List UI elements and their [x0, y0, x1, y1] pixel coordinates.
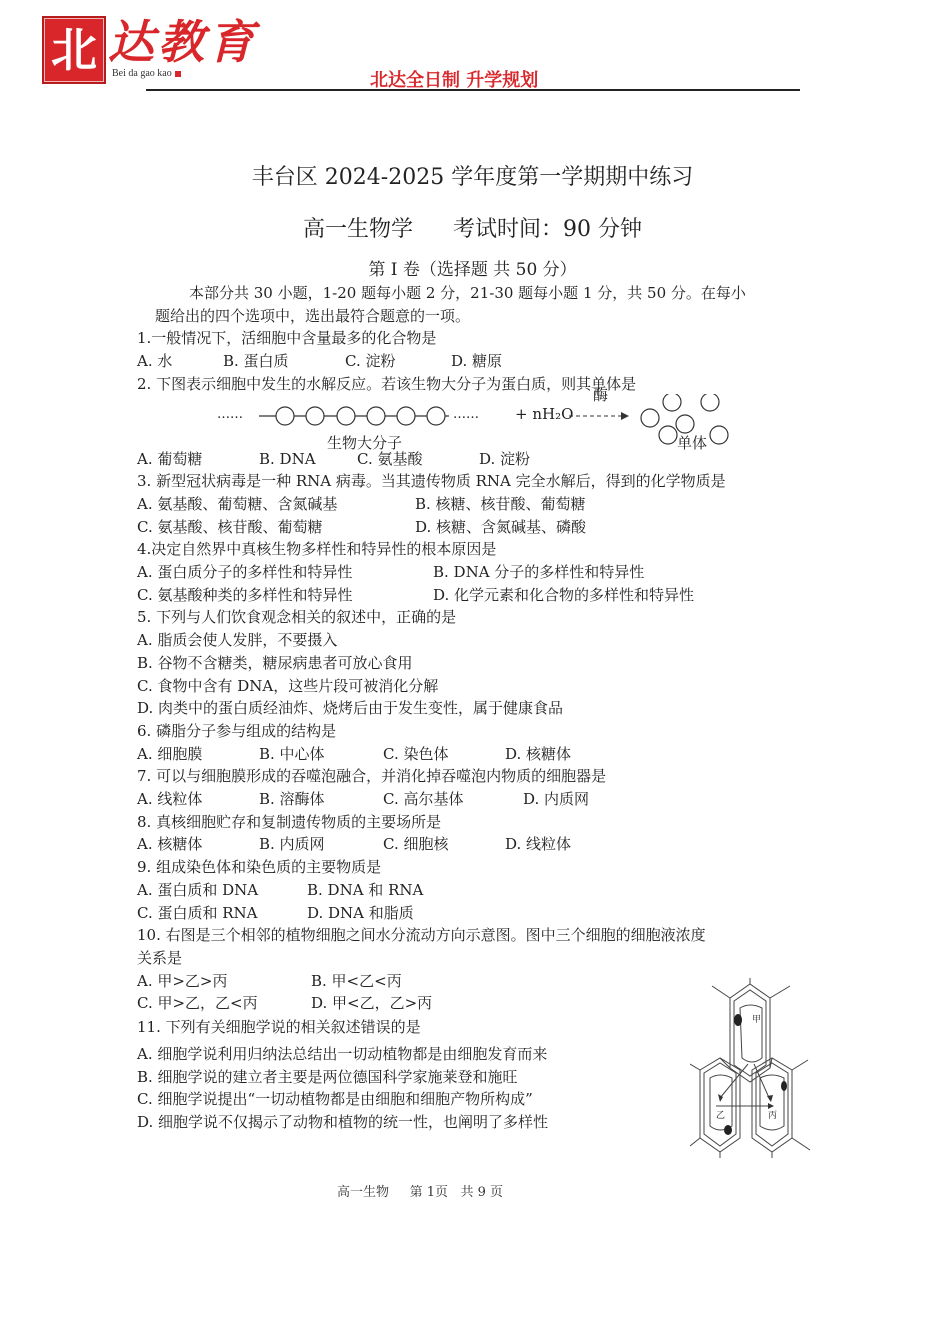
question-stem: 1.一般情况下，活细胞中含量最多的化合物是: [137, 327, 817, 350]
option: A. 核糖体: [137, 833, 259, 856]
water-label: + nH₂O: [515, 403, 573, 426]
logo-mark: 北: [42, 16, 106, 84]
arrow-right-icon: [768, 1103, 774, 1109]
question-stem: 7. 可以与细胞膜形成的吞噬泡融合，并消化掉吞噬泡内物质的细胞器是: [137, 765, 817, 788]
question-stem: 2. 下图表示细胞中发生的水解反应。若该生物大分子为蛋白质，则其单体是: [137, 373, 817, 396]
macromolecule-label: 生物大分子: [327, 432, 402, 455]
option: B. 溶酶体: [259, 788, 383, 811]
option: D. 化学元素和化合物的多样性和特异性: [433, 584, 694, 607]
question-stem: 6. 磷脂分子参与组成的结构是: [137, 720, 817, 743]
question-stem: 5. 下列与人们饮食观念相关的叙述中，正确的是: [137, 606, 817, 629]
exam-subject: 高一生物学: [303, 217, 413, 242]
cell-label-right: 丙: [768, 1110, 777, 1121]
option: C. 氨基酸、核苷酸、葡萄糖: [137, 516, 415, 539]
option: C. 高尔基体: [383, 788, 523, 811]
nucleus: [724, 1125, 732, 1135]
enzyme-label: 酶: [593, 384, 608, 407]
option: B. DNA 分子的多样性和特异性: [433, 561, 644, 584]
logo-name: 达教育: [108, 14, 258, 70]
option: A. 蛋白质分子的多样性和特异性: [137, 561, 433, 584]
cell-label-top: 甲: [752, 1014, 761, 1025]
option: B. 中心体: [259, 743, 383, 766]
option: A. 细胞膜: [137, 743, 259, 766]
monomer-label: 单体: [677, 432, 707, 455]
option: A. 水: [137, 350, 223, 373]
page-number: 第 1页: [410, 1185, 448, 1200]
option: D. 核糖、含氮碱基、磷酸: [415, 516, 586, 539]
hydrolysis-figure: [213, 394, 813, 456]
arrow-down-icon: [767, 1095, 773, 1102]
option: D. 肉类中的蛋白质经油炸、烧烤后由于发生变性，属于健康食品: [137, 697, 817, 720]
logo-char: 北: [44, 22, 104, 78]
red-square-icon: [175, 71, 181, 77]
option: A. 蛋白质和 DNA: [137, 879, 307, 902]
instructions: 本部分共 30 小题，1-20 题每小题 2 分，21-30 题每小题 1 分，…: [137, 282, 817, 305]
option: B. 蛋白质: [223, 350, 345, 373]
option: C. 染色体: [383, 743, 505, 766]
option: A. 脂质会使人发胖，不要摄入: [137, 629, 817, 652]
option: B. 核糖、核苷酸、葡萄糖: [415, 493, 586, 516]
cell-label-left: 乙: [716, 1110, 725, 1121]
exam-subtitle: 高一生物学考试时间：90 分钟: [0, 212, 945, 243]
plant-cells-diagram: 甲 乙 丙: [690, 978, 820, 1158]
question-stem: 3. 新型冠状病毒是一种 RNA 病毒。当其遗传物质 RNA 完全水解后，得到的…: [137, 470, 817, 493]
option: D. 线粒体: [505, 833, 571, 856]
option: C. 甲>乙，乙<丙: [137, 992, 311, 1015]
option: C. 氨基酸种类的多样性和特异性: [137, 584, 433, 607]
plant-cells-figure: 甲 乙 丙: [690, 978, 820, 1158]
question-options: A. 水B. 蛋白质C. 淀粉D. 糖原: [137, 350, 817, 373]
option: B. 甲<乙<丙: [311, 970, 402, 993]
option: C. 食物中含有 DNA，这些片段可被消化分解: [137, 675, 817, 698]
option: D. 核糖体: [505, 743, 571, 766]
option: C. 淀粉: [345, 350, 451, 373]
exam-time: 考试时间：90 分钟: [453, 217, 642, 242]
option: A. 甲>乙>丙: [137, 970, 311, 993]
option: C. 细胞核: [383, 833, 505, 856]
option: D. DNA 和脂质: [307, 902, 414, 925]
nucleus: [781, 1081, 787, 1091]
section-heading: 第 I 卷（选择题 共 50 分）: [0, 255, 945, 280]
option: A. 氨基酸、葡萄糖、含氮碱基: [137, 493, 415, 516]
question-stem: 8. 真核细胞贮存和复制遗传物质的主要场所是: [137, 811, 817, 834]
question-stem: 10. 右图是三个相邻的植物细胞之间水分流动方向示意图。图中三个细胞的细胞液浓度: [137, 924, 817, 947]
question-stem-cont: 关系是: [137, 947, 817, 970]
hydrolysis-diagram: …… …… + nH₂O 酶 生物大分子 单体: [137, 398, 817, 446]
logo-pinyin: Bei da gao kao: [112, 68, 181, 79]
nucleus: [734, 1014, 742, 1026]
question-stem: 4.决定自然界中真核生物多样性和特异性的根本原因是: [137, 538, 817, 561]
footer-subject: 高一生物: [337, 1185, 389, 1200]
instructions-cont: 题给出的四个选项中，选出最符合题意的一项。: [137, 305, 817, 328]
exam-title: 丰台区 2024-2025 学年度第一学期期中练习: [0, 160, 945, 191]
page-total: 共 9 页: [460, 1185, 503, 1200]
option: D. 内质网: [523, 788, 589, 811]
header-divider: [146, 89, 800, 91]
option: D. 甲<乙，乙>丙: [311, 992, 432, 1015]
page-footer: 高一生物 第 1页 共 9 页: [0, 1181, 840, 1200]
question-stem: 9. 组成染色体和染色质的主要物质是: [137, 856, 817, 879]
option: A. 线粒体: [137, 788, 259, 811]
option: C. 蛋白质和 RNA: [137, 902, 307, 925]
option: D. 糖原: [451, 350, 502, 373]
option: B. DNA 和 RNA: [307, 879, 423, 902]
option: B. 内质网: [259, 833, 383, 856]
option: B. 谷物不含糖类，糖尿病患者可放心食用: [137, 652, 817, 675]
